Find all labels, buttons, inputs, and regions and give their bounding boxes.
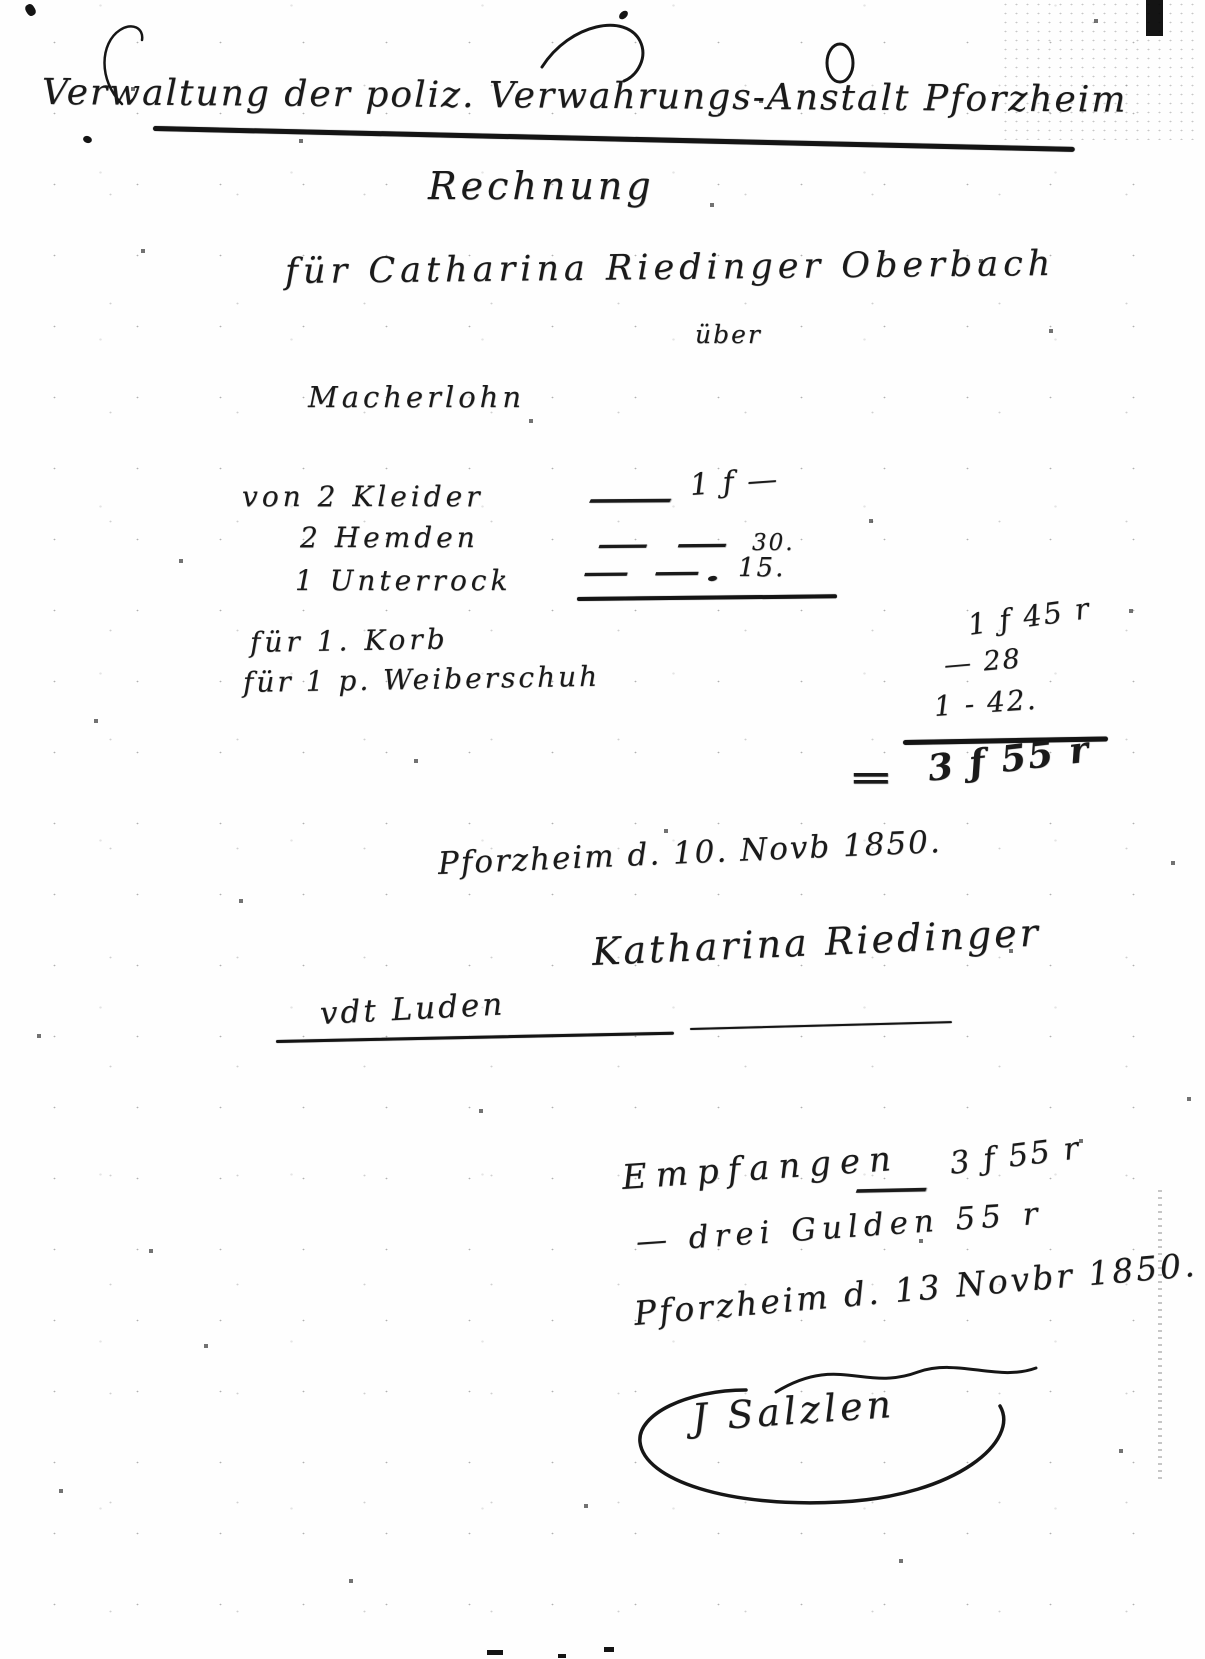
fee-label: für 1 p. Weiberschuh xyxy=(243,660,601,699)
place-date-line: Pforzheim d. 10. Novb 1850. xyxy=(437,824,942,882)
total-amount: 3 ƒ 55 r xyxy=(925,728,1092,790)
ink-dot xyxy=(82,135,93,145)
ink-blot xyxy=(24,3,38,18)
signature-recipient: Katharina Riedinger xyxy=(591,910,1042,974)
fee-amount: 1 - 42. xyxy=(933,683,1039,723)
preposition-word: über xyxy=(695,320,762,349)
header-line: Verwaltung der poliz. Verwahrungs-Anstal… xyxy=(42,72,1128,121)
item-dash: — xyxy=(584,481,682,517)
annotation-line-right xyxy=(690,1021,952,1030)
item-label: 2 Hemden xyxy=(300,521,479,554)
total-equals: = xyxy=(848,758,897,796)
item-dash: — —. xyxy=(582,555,725,589)
fee-amount: 1 ƒ 45 r xyxy=(966,591,1093,642)
receipt-place-date: Pforzheim d. 13 Novbr 1850. xyxy=(632,1245,1199,1333)
subject-word: Macherlohn xyxy=(308,380,525,414)
item-amount: 1 ƒ — xyxy=(689,462,780,503)
receipt-dash: — xyxy=(850,1170,938,1207)
scan-speckle-cluster xyxy=(1000,0,1200,140)
signature-oval-flourish xyxy=(628,1378,1028,1518)
header-underline xyxy=(153,126,1075,152)
bottom-edge-mark xyxy=(558,1654,566,1658)
paper-speckles xyxy=(0,0,2,2)
fee-label: für 1. Korb xyxy=(250,623,449,659)
document-title: Rechnung xyxy=(428,164,655,208)
item-label: 1 Unterrock xyxy=(295,564,511,597)
receipt-amount: 3 ƒ 55 r xyxy=(948,1130,1082,1182)
clerk-annotation: vdt Luden xyxy=(319,986,506,1032)
annotation-line-left xyxy=(276,1032,674,1043)
recipient-line: für Catharina Riedinger Oberbach xyxy=(285,244,1056,292)
bottom-edge-mark xyxy=(487,1650,503,1655)
scan-edge-strip xyxy=(1158,1190,1162,1480)
receipt-amount-words: — drei Gulden 55 r xyxy=(635,1196,1045,1260)
item-label: von 2 Kleider xyxy=(242,480,484,513)
bottom-edge-mark xyxy=(604,1647,614,1652)
fee-amount: — 28 xyxy=(943,643,1023,681)
item-amount: 15. xyxy=(738,553,785,583)
scanned-document-page: Verwaltung der poliz. Verwahrungs-Anstal… xyxy=(0,0,1205,1659)
items-sum-line xyxy=(577,594,837,601)
